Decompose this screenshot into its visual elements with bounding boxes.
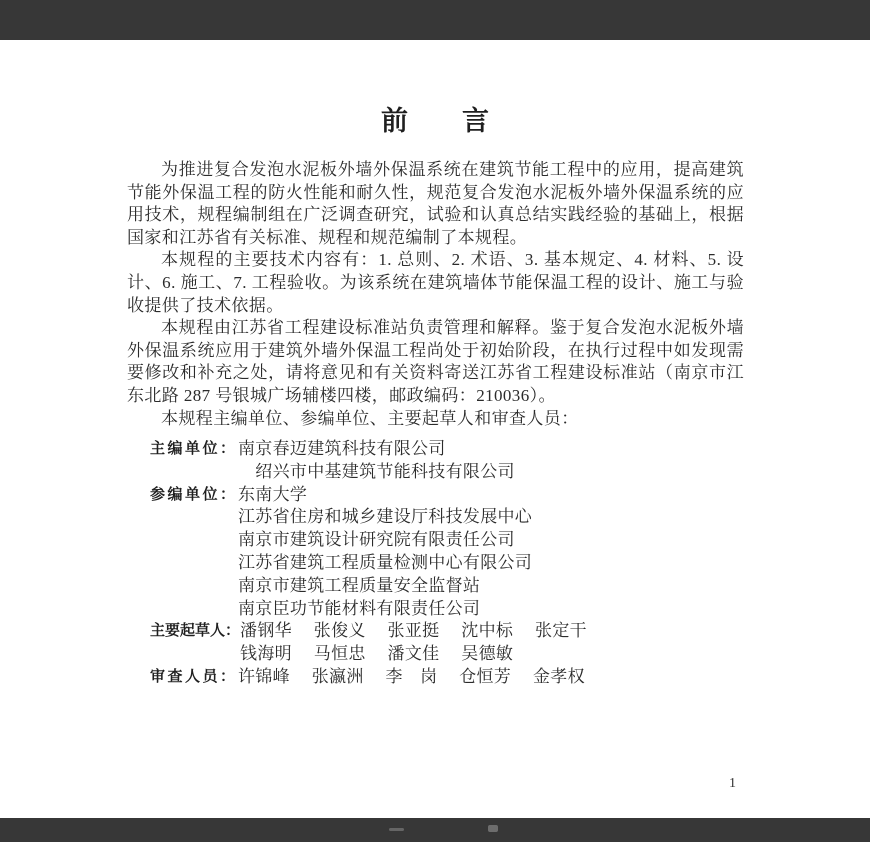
viewer-letterbox-top: [0, 0, 870, 40]
credit-entry-co-editors: 参编单位： 东南大学 江苏省住房和城乡建设厅科技发展中心 南京市建筑设计研究院有…: [150, 484, 750, 621]
credit-label: 主编单位：: [150, 438, 238, 461]
credit-line: 南京市建筑工程质量安全监督站: [238, 575, 750, 598]
viewer-letterbox-bottom: [0, 818, 870, 842]
paragraph: 本规程由江苏省工程建设标准站负责管理和解释。鉴于复合发泡水泥板外墙外保温系统应用…: [127, 317, 744, 407]
scan-artifact: [389, 828, 404, 831]
credit-label: 参编单位：: [150, 484, 238, 507]
page-number: 1: [729, 776, 736, 792]
credit-label: 主要起草人：: [150, 620, 240, 643]
credit-line: 南京春迈建筑科技有限公司: [238, 438, 750, 461]
credits-section: 主编单位： 南京春迈建筑科技有限公司 绍兴市中基建筑节能科技有限公司 参编单位：…: [150, 438, 750, 689]
credit-line: 南京臣功节能材料有限责任公司: [238, 598, 750, 621]
foreword-body: 为推进复合发泡水泥板外墙外保温系统在建筑节能工程中的应用，提高建筑节能外保温工程…: [127, 159, 744, 430]
paragraph: 为推进复合发泡水泥板外墙外保温系统在建筑节能工程中的应用，提高建筑节能外保温工程…: [127, 159, 744, 249]
scan-artifact: [488, 825, 498, 832]
credit-label: 审查人员：: [150, 666, 238, 689]
page-title: 前 言: [0, 99, 870, 138]
credit-line: 潘钢华 张俊义 张亚挺 沈中标 张定干: [240, 620, 750, 643]
paragraph: 本规程的主要技术内容有：1. 总则、2. 术语、3. 基本规定、4. 材料、5.…: [127, 249, 744, 317]
credit-line: 许锦峰 张瀛洲 李 岗 仓恒芳 金孝权: [238, 666, 750, 689]
credit-entry-reviewers: 审查人员： 许锦峰 张瀛洲 李 岗 仓恒芳 金孝权: [150, 666, 750, 689]
credit-line: 南京市建筑设计研究院有限责任公司: [238, 529, 750, 552]
credit-entry-drafters: 主要起草人： 潘钢华 张俊义 张亚挺 沈中标 张定干 钱海明 马恒忠 潘文佳 吴…: [150, 620, 750, 666]
credit-line: 钱海明 马恒忠 潘文佳 吴德敏: [240, 643, 750, 666]
paragraph: 本规程主编单位、参编单位、主要起草人和审查人员：: [127, 408, 744, 431]
credit-line: 东南大学: [238, 484, 750, 507]
credit-entry-chief-editor: 主编单位： 南京春迈建筑科技有限公司 绍兴市中基建筑节能科技有限公司: [150, 438, 750, 484]
document-page: { "page": { "title": "前 言", "paragraphs"…: [0, 0, 870, 842]
credit-line: 绍兴市中基建筑节能科技有限公司: [238, 461, 750, 484]
credit-line: 江苏省住房和城乡建设厅科技发展中心: [238, 506, 750, 529]
credit-line: 江苏省建筑工程质量检测中心有限公司: [238, 552, 750, 575]
